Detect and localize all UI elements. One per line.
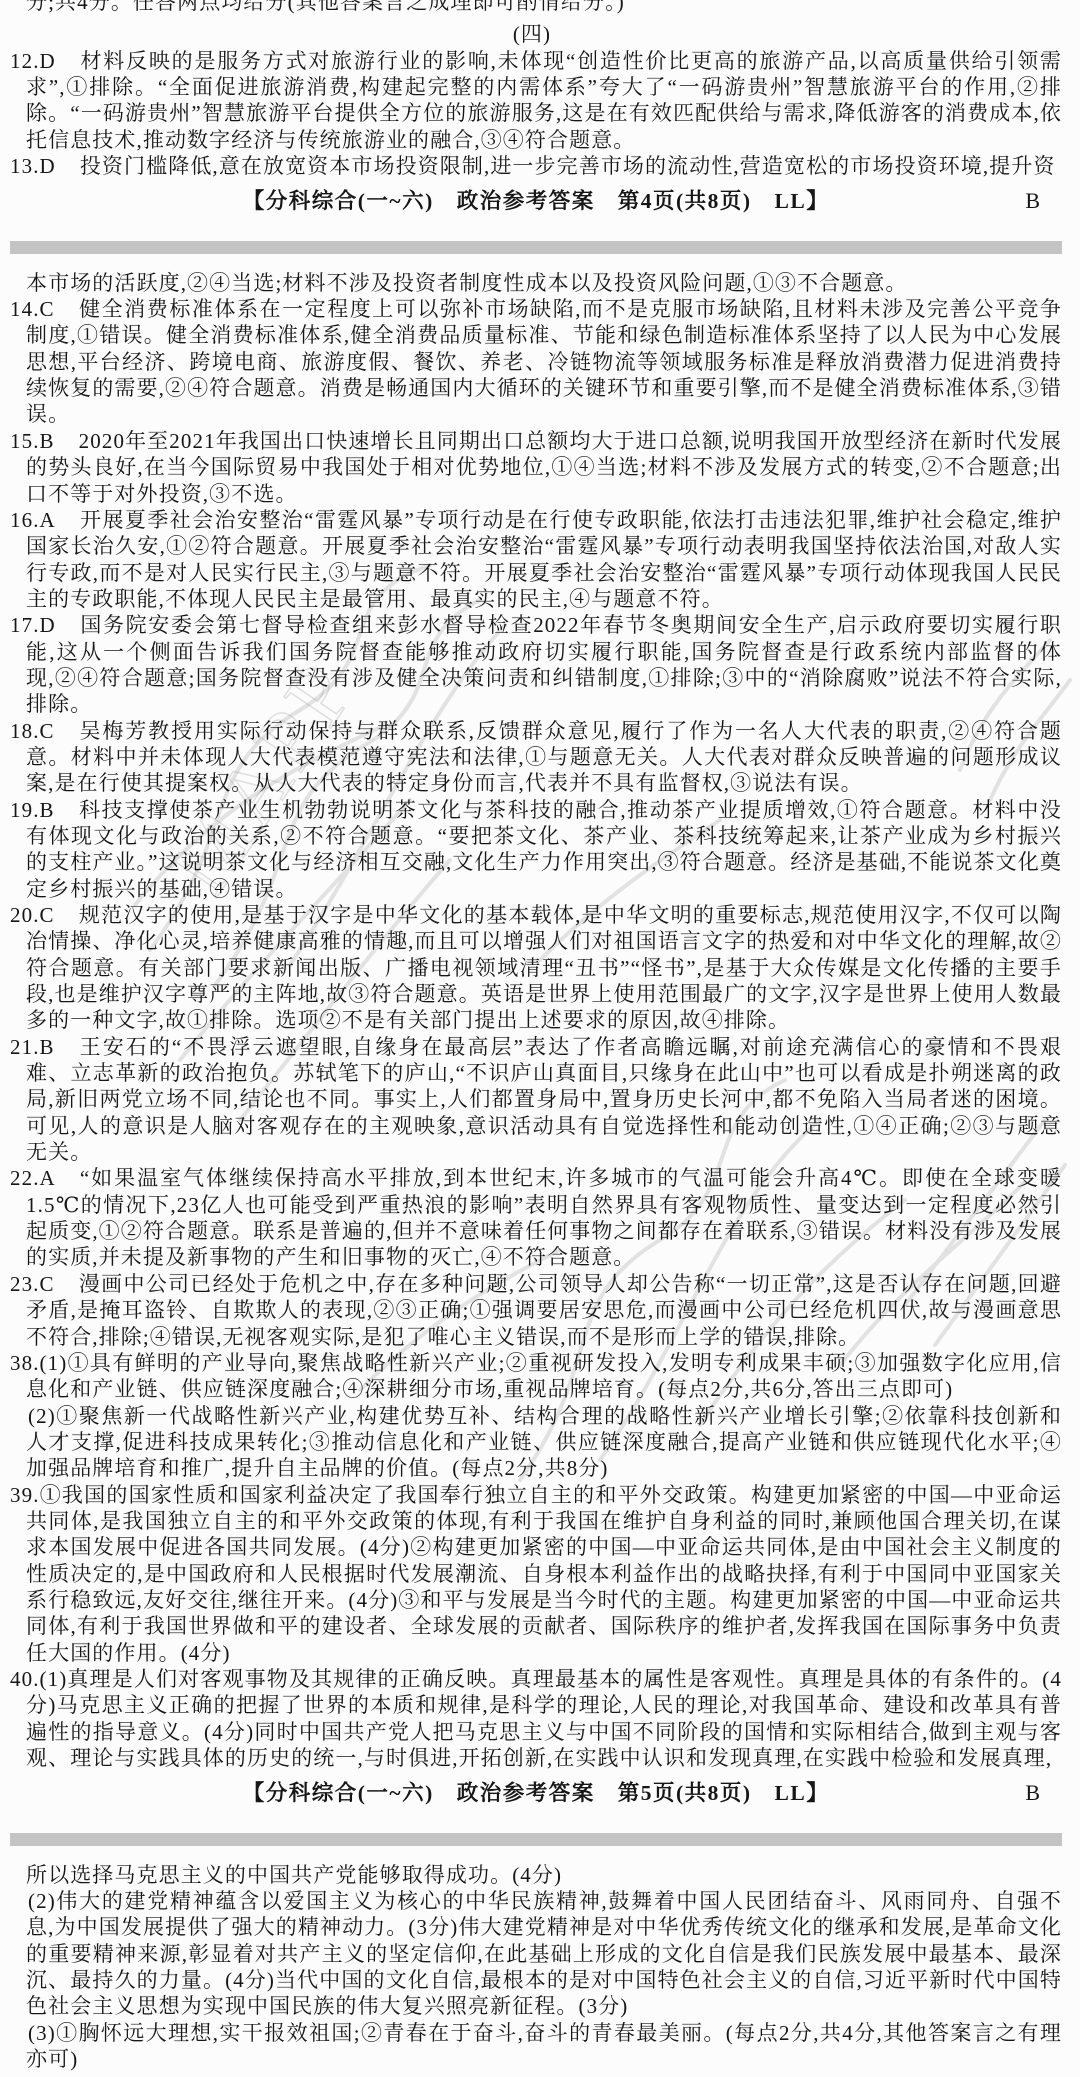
page4-tail-section: 分;共4分。任答两点均给分(其他答案言之成理即可酌情给分。)(四)12.D材料反… [10,0,1062,179]
answer-item: 38.(1)①具有鲜明的产业导向,聚焦战略性新兴产业;②重视研发投入,发明专利成… [10,1350,1062,1403]
answer-item: 20.C规范汉字的使用,是基于汉字是中华文化的基本载体,是中华文明的重要标志,规… [10,902,1062,1034]
answer-item: 所以选择马克思主义的中国共产党能够取得成功。(4分) [10,1862,1062,1888]
answer-number: 19.B [10,798,55,822]
answer-item: 12.D材料反映的是服务方式对旅游行业的影响,未体现“创造性价比更高的旅游产品,… [10,48,1062,153]
footer-title: 【分科综合(一~六) 政治参考答案 第4页(共8页) LL】 [243,189,830,213]
answer-item: (四) [10,21,1062,47]
answer-item: 22.A“如果温室气体继续保持高水平排放,到本世纪末,许多城市的气温可能会升高4… [10,1165,1062,1270]
answer-text: 王安石的“不畏浮云遮望眼,自缘身在最高层”表达了作者高瞻远瞩,对前途充满信心的豪… [26,1035,1062,1164]
answer-number: 14.C [10,297,55,321]
page5-section: 本市场的活跃度,②④当选;材料不涉及投资者制度性成本以及投资风险问题,①③不合题… [10,270,1062,1772]
answer-item: (2)伟大的建党精神蕴含以爱国主义为核心的中华民族精神,鼓舞着中国人民团结奋斗、… [10,1888,1062,2020]
answer-number: 12.D [10,49,56,73]
answer-item: 21.B王安石的“不畏浮云遮望眼,自缘身在最高层”表达了作者高瞻远瞩,对前途充满… [10,1034,1062,1166]
answer-number: 39. [10,1483,40,1507]
answer-text: (3)①胸怀远大理想,实干报效祖国;②青春在于奋斗,奋斗的青春最美丽。(每点2分… [26,2021,1062,2071]
answer-text: 2020年至2021年我国出口快速增长且同期出口总额均大于进口总额,说明我国开放… [26,429,1062,506]
scanned-answer-key-page: MAPP 分;共4分。任答两点均给分(其他答案言之成理即可酌情给分。)(四)12… [0,0,1080,2077]
answer-number: 17.D [10,613,56,637]
answer-text: ①具有鲜明的产业导向,聚焦战略性新兴产业;②重视研发投入,发明专利成果丰硕;③加… [26,1351,1062,1401]
answer-number: 18.C [10,719,55,743]
answer-text: 投资门槛降低,意在放宽资本市场投资限制,进一步完善市场的流动性,营造宽松的市场投… [80,154,1056,178]
answer-text: “如果温室气体继续保持高水平排放,到本世纪末,许多城市的气温可能会升高4℃。即使… [26,1166,1062,1269]
answer-item: 18.C吴梅芳教授用实际行动保持与群众联系,反馈群众意见,履行了作为一名人大代表… [10,718,1062,797]
answer-item: 23.C漫画中公司已经处于危机之中,存在多种问题,公司领导人却公告称“一切正常”… [10,1271,1062,1350]
page-divider-bar [10,241,1062,254]
page6-section: 所以选择马克思主义的中国共产党能够取得成功。(4分)(2)伟大的建党精神蕴含以爱… [10,1862,1062,2073]
answer-number: 38.(1) [10,1351,67,1375]
answer-text: ①我国的国家性质和国家利益决定了我国奉行独立自主的和平外交政策。构建更加紧密的中… [26,1483,1062,1665]
document-body: 分;共4分。任答两点均给分(其他答案言之成理即可酌情给分。)(四)12.D材料反… [0,0,1080,2072]
answer-number: 13.D [10,154,56,178]
answer-item: 13.D投资门槛降低,意在放宽资本市场投资限制,进一步完善市场的流动性,营造宽松… [10,153,1062,179]
answer-text: 规范汉字的使用,是基于汉字是中华文化的基本载体,是中华文明的重要标志,规范使用汉… [26,903,1062,1032]
page-divider-bar [10,1833,1062,1846]
answer-text: 材料反映的是服务方式对旅游行业的影响,未体现“创造性价比更高的旅游产品,以高质量… [26,49,1062,152]
answer-item: 19.B科技支撑使茶产业生机勃勃说明茶文化与茶科技的融合,推动茶产业提质增效,①… [10,797,1062,902]
answer-item: 40.(1)真理是人们对客观事物及其规律的正确反映。真理最基本的属性是客观性。真… [10,1666,1062,1771]
answer-text: 国务院安委会第七督导检查组来彭水督导检查2022年春节冬奥期间安全生产,启示政府… [26,613,1062,716]
answer-number: 16.A [10,508,56,532]
answer-text: 分;共4分。任答两点均给分(其他答案言之成理即可酌情给分。) [26,0,625,14]
answer-text: 本市场的活跃度,②④当选;材料不涉及投资者制度性成本以及投资风险问题,①③不合题… [26,271,908,295]
answer-item: 分;共4分。任答两点均给分(其他答案言之成理即可酌情给分。) [10,0,1062,15]
answer-item: 15.B2020年至2021年我国出口快速增长且同期出口总额均大于进口总额,说明… [10,428,1062,507]
answer-text: 漫画中公司已经处于危机之中,存在多种问题,公司领导人却公告称“一切正常”,这是否… [26,1272,1062,1349]
answer-text: 开展夏季社会治安整治“雷霆风暴”专项行动是在行使专政职能,依法打击违法犯罪,维护… [26,508,1062,611]
answer-text: (四) [513,22,551,46]
answer-number: 21.B [10,1035,55,1059]
answer-text: (2)伟大的建党精神蕴含以爱国主义为核心的中华民族精神,鼓舞着中国人民团结奋斗、… [26,1889,1062,2018]
answer-item: 16.A开展夏季社会治安整治“雷霆风暴”专项行动是在行使专政职能,依法打击违法犯… [10,507,1062,612]
answer-text: (2)①聚焦新一代战略性新兴产业,构建优势互补、结构合理的战略性新兴产业增长引擎… [26,1404,1062,1481]
answer-number: 40.(1) [10,1667,67,1691]
footer-title: 【分科综合(一~六) 政治参考答案 第5页(共8页) LL】 [243,1781,830,1805]
answer-text: 真理是人们对客观事物及其规律的正确反映。真理最基本的属性是客观性。真理是具体的有… [26,1667,1062,1770]
page-corner-letter: B [1025,188,1040,214]
answer-number: 15.B [10,429,55,453]
answer-text: 健全消费标准体系在一定程度上可以弥补市场缺陷,而不是克服市场缺陷,且材料未涉及完… [26,297,1062,426]
answer-item: 14.C健全消费标准体系在一定程度上可以弥补市场缺陷,而不是克服市场缺陷,且材料… [10,296,1062,428]
answer-item: 本市场的活跃度,②④当选;材料不涉及投资者制度性成本以及投资风险问题,①③不合题… [10,270,1062,296]
answer-item: 17.D国务院安委会第七督导检查组来彭水督导检查2022年春节冬奥期间安全生产,… [10,612,1062,717]
page4-footer: 【分科综合(一~六) 政治参考答案 第4页(共8页) LL】 B [10,188,1062,214]
answer-number: 23.C [10,1272,55,1296]
answer-number: 20.C [10,903,55,927]
page5-footer: 【分科综合(一~六) 政治参考答案 第5页(共8页) LL】 B [10,1780,1062,1806]
answer-text: 科技支撑使茶产业生机勃勃说明茶文化与茶科技的融合,推动茶产业提质增效,①符合题意… [26,798,1062,901]
answer-item: (2)①聚焦新一代战略性新兴产业,构建优势互补、结构合理的战略性新兴产业增长引擎… [10,1403,1062,1482]
page-corner-letter: B [1025,1780,1040,1806]
answer-number: 22.A [10,1166,56,1190]
answer-item: (3)①胸怀远大理想,实干报效祖国;②青春在于奋斗,奋斗的青春最美丽。(每点2分… [10,2020,1062,2073]
answer-text: 吴梅芳教授用实际行动保持与群众联系,反馈群众意见,履行了作为一名人大代表的职责,… [26,719,1062,796]
answer-item: 39.①我国的国家性质和国家利益决定了我国奉行独立自主的和平外交政策。构建更加紧… [10,1482,1062,1666]
answer-text: 所以选择马克思主义的中国共产党能够取得成功。(4分) [26,1863,562,1887]
